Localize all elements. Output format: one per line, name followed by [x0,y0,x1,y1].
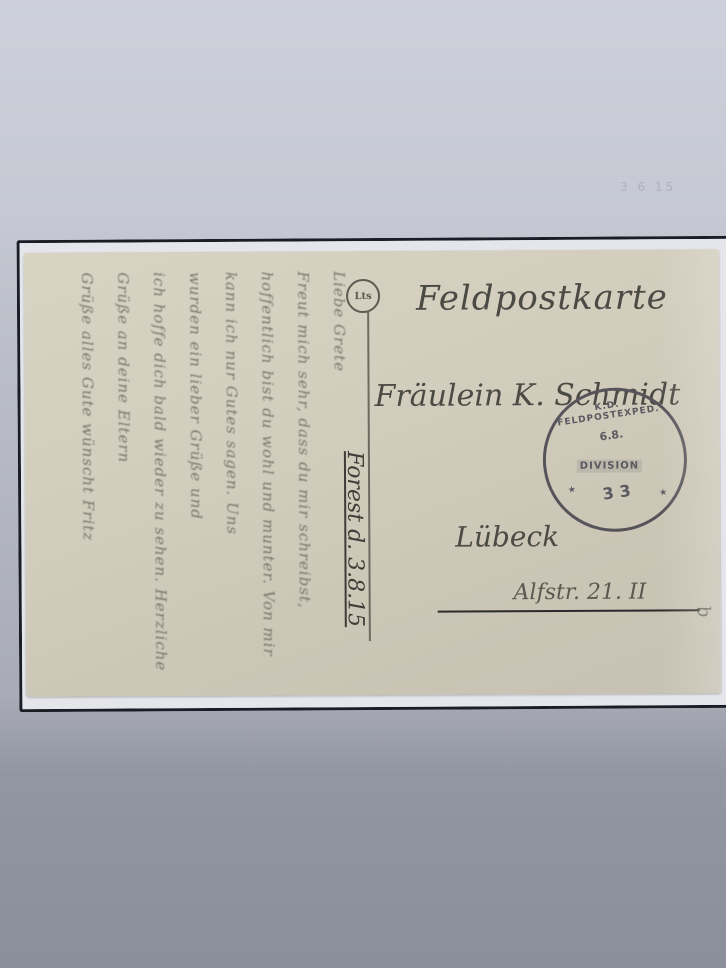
message-line: Grüße an deine Eltern [114,272,134,692]
message-line: hoffentlich bist du wohl und munter. Von… [258,272,278,692]
star-icon: ★ [659,488,668,499]
postmark-division-label: DIVISION [577,459,642,472]
message-line: kann ich nur Gutes sagen. Uns [222,272,242,692]
message-area: Liebe Grete Freut mich sehr, dass du mir… [54,271,356,693]
postmark-division-number: 33 [550,473,689,512]
message-line: wurden ein lieber Grüße und [186,272,206,692]
message-line: ich hoffe dich bald wieder zu sehen. Her… [150,272,170,692]
address-underline [438,609,700,612]
date-line: Forest d. 3.8.15 [342,451,368,627]
publisher-logo-icon: Lts [346,279,380,313]
postcard: Liebe Grete Freut mich sehr, dass du mir… [24,249,721,697]
card-heading: Feldpostkarte [416,277,668,318]
divider-line [367,311,371,641]
recipient-street-suffix: b [692,604,715,619]
recipient-city: Lübeck [455,520,559,554]
recipient-street: Alfstr. 21. II [514,580,647,606]
pencil-note: 3 6 15 [620,180,676,194]
message-line: Freut mich sehr, dass du mir schreibst, [294,271,314,691]
message-line: Grüße alles Gute wünscht Fritz [78,272,98,692]
